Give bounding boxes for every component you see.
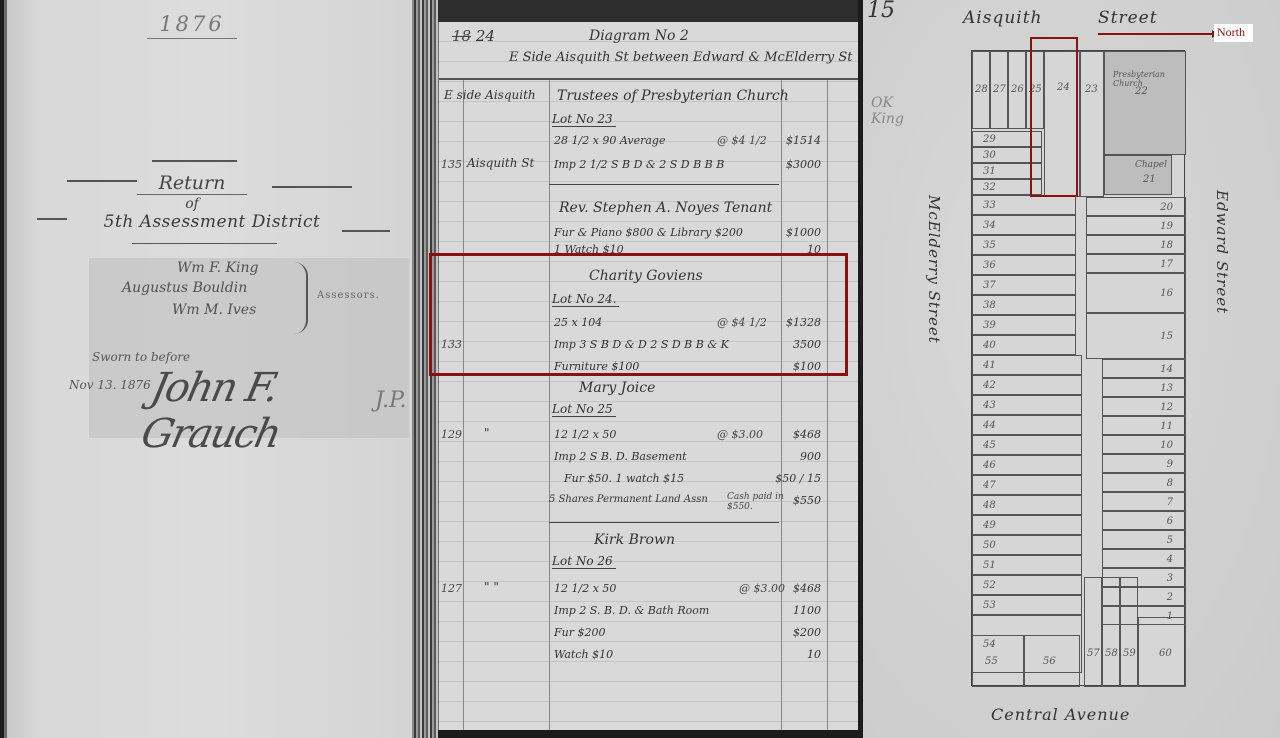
lot-parcel: 42 <box>972 375 1082 395</box>
entry-line: 12 1/2 x 50 <box>554 582 616 595</box>
lot-parcel: 14 <box>1102 359 1186 378</box>
entry-amount: $550 <box>793 494 821 507</box>
lot-parcel: 60 <box>1138 617 1186 687</box>
brace <box>290 262 308 334</box>
lot-parcel: 43 <box>972 395 1082 415</box>
lot-parcel: 40 <box>972 335 1076 355</box>
entry-line: Fur $200 <box>554 626 605 639</box>
entry-house-number: 129 <box>441 428 462 441</box>
lot-parcel: 41 <box>972 355 1082 375</box>
assessor-name: Wm M. Ives <box>172 302 256 318</box>
entry-lot: Lot No 23 <box>552 112 616 127</box>
entry-amount: $200 <box>793 626 821 639</box>
divider <box>67 180 137 182</box>
entry-line: Imp 3 S B D & D 2 S D B B & K <box>554 338 729 351</box>
entry-amount: 3500 <box>793 338 821 351</box>
assessor-name: Augustus Bouldin <box>122 280 247 296</box>
chapel-lot: Chapel 21 <box>1104 155 1172 195</box>
entry-amount: $1000 <box>786 226 821 239</box>
lot-parcel: 45 <box>972 435 1082 455</box>
street-label-mcelderry: McElderry Street <box>925 195 943 525</box>
entry-owner: Mary Joice <box>579 380 655 396</box>
entry-line: Fur & Piano $800 & Library $200 <box>554 226 743 239</box>
divider <box>342 230 390 232</box>
lot-parcel: 9 <box>1102 454 1186 473</box>
lot-parcel: 55 <box>972 635 1024 687</box>
lot-parcel: 4 <box>1102 549 1186 568</box>
entry-rate: @ $3.00 <box>717 428 763 441</box>
page-shadow <box>438 0 858 22</box>
lot-parcel: 37 <box>972 275 1076 295</box>
assessor-name: Wm F. King <box>177 260 258 276</box>
entry-amount: 10 <box>807 648 821 661</box>
north-label: North <box>1214 24 1253 42</box>
lot-parcel: 15 <box>1086 313 1186 359</box>
lot-parcel: 34 <box>972 215 1076 235</box>
entry-street: E side Aisquith <box>444 88 536 102</box>
entry-amount: $468 <box>793 582 821 595</box>
signature-suffix: J.P. <box>375 388 406 413</box>
entry-line: Imp 2 S B. D. Basement <box>554 450 687 463</box>
entry-owner: Trustees of Presbyterian Church <box>557 88 789 104</box>
entry-house-number: 133 <box>441 338 462 351</box>
entry-house-number: 135 <box>441 158 462 171</box>
lot-parcel: 53 <box>972 595 1082 615</box>
current-page-number: 24 <box>476 27 495 45</box>
entry-line: 5 Shares Permanent Land Assn <box>549 494 708 505</box>
divider <box>37 218 67 220</box>
assessors-label: Assessors. <box>317 290 380 301</box>
lot-parcel: 52 <box>972 575 1082 595</box>
return-title: Return <box>137 172 247 195</box>
entry-line: 12 1/2 x 50 <box>554 428 616 441</box>
entry-amount: $3000 <box>786 158 821 171</box>
entry-street: Aisquith St <box>467 156 534 170</box>
lot-parcel: 11 <box>1102 416 1186 435</box>
district-title: 5th Assessment District <box>72 212 352 232</box>
entry-amount: $468 <box>793 428 821 441</box>
lot-parcel: 27 <box>990 51 1008 129</box>
diagram-subheading: E Side Aisquith St between Edward & McEl… <box>509 50 853 65</box>
entry-rate: @ $4 1/2 <box>717 134 767 147</box>
column-rule <box>781 80 782 730</box>
header-rule <box>439 78 858 80</box>
street-label-central-avenue: Central Avenue <box>991 705 1130 724</box>
lot-parcel: 58 <box>1102 577 1120 687</box>
lot-parcel: 56 <box>1024 635 1080 687</box>
lot-parcel: 36 <box>972 255 1076 275</box>
entry-amount: $1328 <box>786 316 821 329</box>
entry-amount: 900 <box>800 450 821 463</box>
lot-parcel: 26 <box>1008 51 1026 129</box>
street-label-edward: Edward Street <box>1213 190 1231 460</box>
sworn-date: Nov 13. 1876 <box>69 378 151 392</box>
lot-parcel: 12 <box>1102 397 1186 416</box>
entry-lot: Lot No 25 <box>552 402 616 417</box>
entry-rate: @ $4 1/2 <box>717 316 767 329</box>
entry-separator <box>549 522 779 523</box>
entry-rate: Cash paid in $550. <box>727 492 787 512</box>
entry-amount: 1100 <box>793 604 821 617</box>
lot-parcel: 23 <box>1080 51 1104 197</box>
divider <box>132 243 277 244</box>
lot-parcel: 20 <box>1086 197 1186 216</box>
entry-line: Fur $50. 1 watch $15 <box>564 472 684 485</box>
entry-lot: Lot No 26 <box>552 554 616 569</box>
lot-parcel: 8 <box>1102 473 1186 492</box>
lot-parcel: 57 <box>1084 577 1102 687</box>
struck-page-number: 18 <box>452 27 471 45</box>
street-label-street: Street <box>1098 8 1158 28</box>
entry-amount: 10 <box>807 243 821 256</box>
lot-parcel: 50 <box>972 535 1082 555</box>
lot-parcel: 59 <box>1120 577 1138 687</box>
divider <box>272 186 352 188</box>
book-binding <box>414 0 438 738</box>
entry-owner: Rev. Stephen A. Noyes Tenant <box>559 200 772 216</box>
entry-line: Imp 2 1/2 S B D & 2 S D B B B <box>554 158 724 171</box>
lot-parcel: 5 <box>1102 530 1186 549</box>
entry-line: Furniture $100 <box>554 360 639 373</box>
entry-line: 1 Watch $10 <box>554 243 624 256</box>
entry-owner: Charity Goviens <box>589 268 703 284</box>
column-rule <box>827 80 828 730</box>
entry-line: Watch $10 <box>554 648 613 661</box>
north-arrow-icon <box>1098 33 1213 35</box>
lot-parcel: 47 <box>972 475 1082 495</box>
entry-amount: $50 / 15 <box>775 472 821 485</box>
entry-separator <box>549 184 779 185</box>
entry-rate: @ $3.00 <box>739 582 785 595</box>
entry-street: " <box>484 426 490 440</box>
return-cover-page: 1876 Return of 5th Assessment District W… <box>4 0 414 738</box>
lot-parcel: 38 <box>972 295 1076 315</box>
diagram-heading: Diagram No 2 <box>589 28 689 44</box>
plat-map-page: 15 Aisquith Street North OK King McElder… <box>860 0 1280 738</box>
lot-parcel: 49 <box>972 515 1082 535</box>
lot-parcel: 6 <box>1102 511 1186 530</box>
lot-parcel: 48 <box>972 495 1082 515</box>
ledger-page: 18 24 Diagram No 2 E Side Aisquith St be… <box>438 22 858 730</box>
entry-line: 28 1/2 x 90 Average <box>554 134 665 147</box>
lot-parcel: 39 <box>972 315 1076 335</box>
year-label: 1876 <box>147 12 237 39</box>
lot-parcel: 7 <box>1102 492 1186 511</box>
divider <box>152 160 237 162</box>
lot-parcel: 19 <box>1086 216 1186 235</box>
entry-owner: Kirk Brown <box>594 532 675 548</box>
lot-parcel: 28 <box>972 51 990 129</box>
entry-house-number: 127 <box>441 582 462 595</box>
of-label: of <box>177 196 207 212</box>
map-page-number: 15 <box>867 0 895 23</box>
column-rule <box>463 80 464 730</box>
lot-parcel: 33 <box>972 195 1076 215</box>
entry-line: 25 x 104 <box>554 316 602 329</box>
page-number: 18 24 <box>452 27 495 45</box>
lot-parcel: 17 <box>1086 254 1186 273</box>
map-highlight-box <box>1030 37 1078 197</box>
entry-amount: $1514 <box>786 134 821 147</box>
lot-parcel: 51 <box>972 555 1082 575</box>
lot-plat: 28 27 26 25 24 23 Presbyterian Church 22… <box>971 50 1185 686</box>
lot-parcel: 44 <box>972 415 1082 435</box>
lot-parcel: 35 <box>972 235 1076 255</box>
lot-parcel: 18 <box>1086 235 1186 254</box>
ok-king-note: OK King <box>871 95 901 127</box>
entry-amount: $100 <box>793 360 821 373</box>
lot-parcel: 16 <box>1086 273 1186 313</box>
street-label-aisquith: Aisquith <box>963 8 1043 28</box>
lot-parcel: 10 <box>1102 435 1186 454</box>
lot-parcel: 46 <box>972 455 1082 475</box>
entry-line: Imp 2 S. B. D. & Bath Room <box>554 604 709 617</box>
column-rule <box>549 80 550 730</box>
entry-lot: Lot No 24. <box>552 292 619 307</box>
church-lot: Presbyterian Church 22 <box>1104 51 1186 155</box>
entry-street: " " <box>484 580 499 594</box>
lot-parcel: 13 <box>1102 378 1186 397</box>
sworn-text: Sworn to before <box>92 350 190 364</box>
